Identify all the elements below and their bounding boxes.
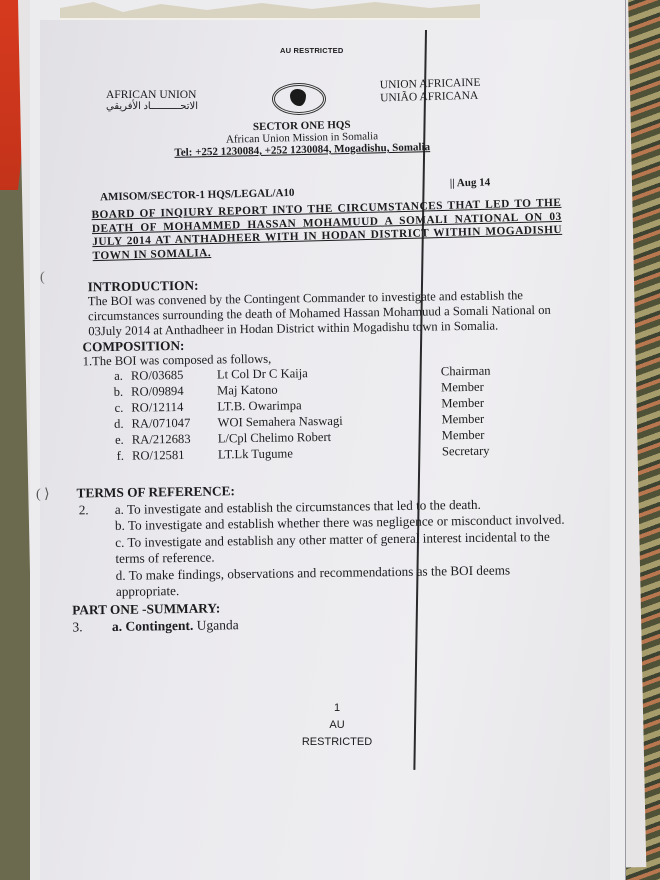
member-letter: e. (84, 433, 132, 450)
terms-number: 2. (79, 502, 89, 519)
report-title: BOARD OF INQIURY REPORT INTO THE CIRCUMS… (91, 197, 562, 263)
member-role: Chairman (441, 364, 491, 381)
member-letter: a. (83, 369, 131, 386)
document-page: AU RESTRICTED AFRICAN UNION الاتحـــــــ… (40, 20, 610, 880)
member-role: Member (441, 380, 484, 397)
member-role: Secretary (442, 444, 490, 461)
member-service-number: RA/071047 (131, 415, 217, 432)
org-name-english: AFRICAN UNION (106, 89, 196, 101)
document-date: || Aug 14 (450, 176, 491, 189)
member-service-number: RO/03685 (131, 367, 217, 384)
terms-item-text: d. To make findings, observations and re… (116, 562, 511, 599)
classification-header: AU RESTRICTED (280, 46, 343, 55)
org-name-right: UNION AFRICAINE UNIÃO AFRICANA (380, 77, 481, 106)
letterhead: SECTOR ONE HQS African Union Mission in … (152, 117, 453, 160)
org-name-portuguese: UNIÃO AFRICANA (380, 90, 481, 106)
member-letter: f. (84, 449, 132, 466)
member-service-number: RO/12581 (132, 447, 218, 464)
introduction-text: The BOI was convened by the Contingent C… (88, 288, 563, 340)
contingent-label: a. Contingent. (112, 617, 194, 633)
africa-map-icon (290, 89, 306, 106)
contingent-value: Uganda (197, 617, 239, 633)
terms-of-reference: TERMS OF REFERENCE: 2.a. To investigate … (76, 479, 566, 601)
member-service-number: RA/212683 (132, 431, 218, 448)
member-service-number: RO/12114 (131, 399, 217, 416)
member-role: Member (441, 412, 484, 429)
member-letter: d. (83, 417, 131, 434)
terms-list: 2.a. To investigate and establish the ci… (77, 495, 566, 601)
part-one-number: 3. (72, 619, 82, 634)
handwritten-margin-mark: ( ⟩ (36, 486, 50, 503)
page-footer: 1 AU RESTRICTED (297, 700, 377, 751)
member-letter: b. (83, 385, 131, 402)
org-name-arabic: الاتحــــــــــاد الأفريقي (106, 101, 198, 112)
document-body: INTRODUCTION: The BOI was convened by th… (82, 273, 567, 635)
part-one-summary: PART ONE -SUMMARY: 3. a. Contingent. Uga… (72, 594, 566, 635)
classification-footer: AU RESTRICTED (297, 717, 377, 751)
handwritten-margin-mark: ( (40, 270, 45, 286)
member-letter: c. (83, 401, 131, 418)
file-reference: AMISOM/SECTOR-1 HQS/LEGAL/A10 (100, 187, 295, 203)
org-name-left: AFRICAN UNION الاتحــــــــــاد الأفريقي (106, 89, 208, 112)
page-number: 1 (297, 700, 377, 717)
terms-item-text: c. To investigate and establish any othe… (115, 528, 550, 566)
composition-list: a.RO/03685Lt Col Dr C KaijaChairmanb.RO/… (83, 363, 564, 466)
african-union-emblem-icon (272, 83, 326, 115)
member-role: Member (442, 428, 485, 445)
member-role: Member (441, 396, 484, 413)
member-service-number: RO/09894 (131, 383, 217, 400)
member-name: LT.Lk Tugume (218, 445, 398, 464)
